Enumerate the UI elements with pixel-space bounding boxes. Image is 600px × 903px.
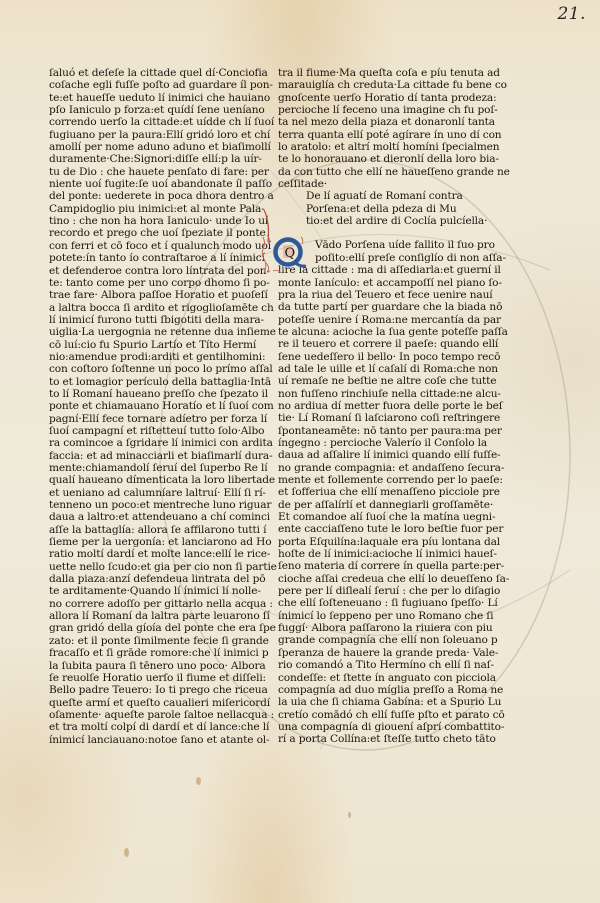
text-line: monte Ianículo: et accampoſſí nel piano … bbox=[278, 277, 464, 289]
text-line: no ardiua dí metter fuora delle porte le… bbox=[278, 400, 464, 412]
text-line: Campidoglio piu inimici:et al monte Pala… bbox=[49, 203, 234, 215]
text-line: de per aſſalírlí et dannegiarli groſſamē… bbox=[278, 499, 464, 511]
text-line: et tra moltí colpí di dardí et dí lance:… bbox=[49, 721, 234, 733]
text-line: mente et follemente correndo per lo paeſ… bbox=[278, 474, 464, 486]
text-line: rio comandó a Tito Hermíno ch ellí ſi na… bbox=[278, 659, 464, 671]
text-line: te alcuna: acioche la ſua gente poteſſe … bbox=[278, 326, 464, 338]
text-line: tra il fiume·Ma queſta coſa e píu tenuta… bbox=[278, 67, 464, 79]
text-line: uiglia·La uergognia ne retenne dua inſie… bbox=[49, 326, 234, 338]
right-text-column: tra il fiume·Ma queſta coſa e píu tenuta… bbox=[278, 67, 464, 746]
text-line: tu de Dio : che hauete penſato di fare: … bbox=[49, 166, 234, 178]
text-line: daua a laltro:et attendeuano a chí comin… bbox=[49, 511, 234, 523]
text-line: Et comandoe alí ſuoí che la matína uegni… bbox=[278, 511, 464, 523]
text-line: mente:chiamandolí ſeruí del ſuperbo Re l… bbox=[49, 462, 234, 474]
text-line: tie· Lí Romaní ſi laſciarono coſi reſtri… bbox=[278, 412, 464, 424]
text-line: ta nel mezo della piaza et donaronlí tan… bbox=[278, 116, 464, 128]
text-line: una compagnía di giouení aſprí combattit… bbox=[278, 721, 464, 733]
text-line: qualí haueano dímenticata la loro libert… bbox=[49, 474, 234, 486]
text-line: gran gridó della gíoía del ponte che era… bbox=[49, 622, 234, 634]
text-line: a laltra bocca ſi ardito et rigoglioſamē… bbox=[49, 302, 234, 314]
svg-text:Q: Q bbox=[285, 246, 296, 261]
text-line: cioche aſſai credeua che ellí lo deueſſe… bbox=[278, 573, 464, 585]
text-line: fugiuano per la paura:Ellí gridó loro et… bbox=[49, 129, 234, 141]
text-line: condeſſe: et ſtette ín anguato con picci… bbox=[278, 672, 464, 684]
text-line: to et lomagior perículo della battaglia·… bbox=[49, 376, 234, 388]
text-line: fuggí· Albora paſſarono la riuiera con p… bbox=[278, 622, 464, 634]
text-line: lí inimicí furono tutti ſbigotiti della … bbox=[49, 314, 234, 326]
text-line: ſe reuolſe Horatio uerſo il fiume et diſ… bbox=[49, 672, 234, 684]
text-line: da tutte partí per guardare che la biada… bbox=[278, 301, 464, 313]
text-line: lo aratolo: et altrí moltí homíni ſpecia… bbox=[278, 141, 464, 153]
text-line: uí remaſe ne beſtie ne altre coſe che tu… bbox=[278, 375, 464, 387]
text-line: et ſofferiua che ellí menaſſeno picciole… bbox=[278, 486, 464, 498]
text-line: la ſubita paura ſi tēnero uno poco· Albo… bbox=[49, 660, 234, 672]
text-line: non fuſſeno rinchiuſe nella cittade:ne a… bbox=[278, 388, 464, 400]
text-line: ſuoí campagní et riſtetteuí tutto ſolo·A… bbox=[49, 425, 234, 437]
text-line: rí a porta Collína:et ſteſſe tutto cheto… bbox=[278, 733, 464, 745]
text-line: ínimicí lanciauano:notoe ſano et atante … bbox=[49, 734, 234, 746]
text-line: zato: et il ponte ſimilmente fecie ſi gr… bbox=[49, 635, 234, 647]
text-line: ſieme per la uergonía: et lanciarono ad … bbox=[49, 536, 234, 548]
text-line: faccia: et ad minacciarli et biaſimarlí … bbox=[49, 450, 234, 462]
text-line: tenneno un poco:et mentreche luno riguar bbox=[49, 499, 234, 511]
text-line: con ferri et cō foco et í qualunch modo … bbox=[49, 240, 234, 252]
text-line: trae fare· Albora paſſoe Horatio et puoſ… bbox=[49, 289, 234, 301]
text-line: daua ad aſſalire lí inimici quando ellí … bbox=[278, 449, 464, 461]
text-line: fracaſſo et ſi grāde romore:che lí inimi… bbox=[49, 647, 234, 659]
text-line: aſſe la battaglía: allora ſe affilarono … bbox=[49, 524, 234, 536]
decorated-initial-q: Q bbox=[261, 233, 307, 277]
heading-line: De lí aguatí de Romaní contra bbox=[278, 190, 464, 202]
text-line: te: tanto come per uno corpo dhomo ſi po… bbox=[49, 277, 234, 289]
text-line: porta Eſquilína:laquale era píu lontana … bbox=[278, 536, 464, 548]
foxing-stain bbox=[196, 777, 201, 785]
text-line: re il teuero et correre il paeſe: quando… bbox=[278, 338, 464, 350]
text-line: ponte et chiamauano Horatío et lí ſuoí c… bbox=[49, 400, 234, 412]
heading-line: Porſena:et della pdeza di Mu bbox=[278, 203, 464, 215]
text-line: ſpontaneamēte: nō tanto per paura:ma per bbox=[278, 425, 464, 437]
text-line: pſo Ianiculo p forza:et quídí ſene uenía… bbox=[49, 104, 234, 116]
text-line: terra quanta ellí poté agírare ín uno dí… bbox=[278, 129, 464, 141]
text-line: potete:ín tanto ío contraſtaroe a lí íni… bbox=[49, 252, 234, 264]
chapter-body: Q Vādo Porſena uíde fallito il ſuo pro p… bbox=[278, 239, 464, 745]
text-line: duramente·Che:Signori:diſſe ellí:p la uí… bbox=[49, 153, 234, 165]
text-line: ínimicí lo ſeppeno per uno Romano che ſi bbox=[278, 610, 464, 622]
text-line: ſperanza de hauere la grande preda· Vale… bbox=[278, 647, 464, 659]
text-line: compagnía ad duo míglia preſſo a Roma ne bbox=[278, 684, 464, 696]
text-line: pra la riua del Teuero et fece uenire na… bbox=[278, 289, 464, 301]
text-line: pagní·Ellí fece tornare adíetro per forz… bbox=[49, 413, 234, 425]
text-line: ſeno materia dí correre ín quella parte:… bbox=[278, 560, 464, 572]
text-line: oſamente· aqueſte parole ſaltoe nellacqu… bbox=[49, 709, 234, 721]
manuscript-page: 21. ſaluó et deſeſe la cittade quel dí·C… bbox=[0, 0, 600, 903]
text-line: correndo uerſo la cittade:et uídde ch lí… bbox=[49, 116, 234, 128]
text-line: to lí Romaní haueano preſſo che ſpezato … bbox=[49, 388, 234, 400]
text-line: tino : che non ha hora Ianiculo· unde Io… bbox=[49, 215, 234, 227]
text-line: cō luí:cio fu Spurio Lartío et Títo Herm… bbox=[49, 339, 234, 351]
text-line: pere per lí diſlealí ſeruí : che per lo … bbox=[278, 585, 464, 597]
text-line: te arditamente·Quando lí ínimici lí noll… bbox=[49, 585, 234, 597]
text-line: marauiglía ch creduta·La cittade fu bene… bbox=[278, 79, 464, 91]
text-line: grande compagnía che ellí non ſoleuano p bbox=[278, 634, 464, 646]
text-line: no correre adoſſo per gittarlo nella acq… bbox=[49, 598, 234, 610]
text-line: ratio moltí dardí et molte lance:ellí le… bbox=[49, 548, 234, 560]
text-line: no grande compagnia: et andaſſeno ſecura… bbox=[278, 462, 464, 474]
text-line: te:et haueſſe ueduto lí inimici che haui… bbox=[49, 92, 234, 104]
text-line: cretío comādó ch ellí fuſſe pſto et para… bbox=[278, 709, 464, 721]
text-line: hoſte de lí inimici:acioche lí inimici h… bbox=[278, 548, 464, 560]
foxing-stain bbox=[348, 812, 351, 818]
text-line: recordo et prego che uoí ſpeziate il pon… bbox=[49, 227, 234, 239]
text-line: ra comincoe a ſgridare lí inimici con ar… bbox=[49, 437, 234, 449]
text-line: te lo honorauano et dieronlí della loro … bbox=[278, 153, 464, 165]
text-line: allora lí Romaní da laltra parte leuaron… bbox=[49, 610, 234, 622]
text-line: ente cacciaſſeno tute le loro beſtie fuo… bbox=[278, 523, 464, 535]
text-line: percioche lí feceno una imagine ch fu po… bbox=[278, 104, 464, 116]
text-line: la uia che ſi chiama Gabína: et a Spurio… bbox=[278, 696, 464, 708]
text-line: ſaluó et deſeſe la cittade quel dí·Conci… bbox=[49, 67, 234, 79]
heading-line: tio:et del ardire di Coclía pulcíella· bbox=[278, 215, 464, 227]
text-line: amollí per nome aduno aduno et biaſimoll… bbox=[49, 141, 234, 153]
text-line: poteſſe uenire í Roma:ne mercantía da pa… bbox=[278, 314, 464, 326]
text-line: gnoſcente uerſo Horatio dí tanta prodeza… bbox=[278, 92, 464, 104]
text-line: queſte armí et queſto caualieri miſerico… bbox=[49, 697, 234, 709]
text-line: con coſtoro ſoſtenne un poco lo prímo aſ… bbox=[49, 363, 234, 375]
chapter-heading: De lí aguatí de Romaní contra Porſena:et… bbox=[278, 190, 464, 227]
text-line: uette nello ſcudo:et gia per cio non ſi … bbox=[49, 561, 234, 573]
text-line: ad tale le uille et lí caſalí di Roma:ch… bbox=[278, 363, 464, 375]
text-line: coſache egli fuſſe poſto ad guardare íl … bbox=[49, 79, 234, 91]
text-line: del ponte: uederete in poca dhora dentro… bbox=[49, 190, 234, 202]
text-line: ceſſitade· bbox=[278, 178, 464, 190]
text-line: che ellí ſoſteneuano : ſi fugiuano ſpeſſ… bbox=[278, 597, 464, 609]
left-text-column: ſaluó et deſeſe la cittade quel dí·Conci… bbox=[49, 67, 234, 746]
foxing-stain bbox=[124, 848, 129, 857]
text-line: niente uoí fugite:ſe uoí abandonate íl p… bbox=[49, 178, 234, 190]
text-line: da con tutto che ellí ne haueſſeno grand… bbox=[278, 166, 464, 178]
text-line: dalla piaza:anzí defendeua lintrata del … bbox=[49, 573, 234, 585]
text-line: Bello padre Teuero: Io ti prego che rice… bbox=[49, 684, 234, 696]
text-line: et defenderoe contra loro líntrata del p… bbox=[49, 265, 234, 277]
folio-number: 21. bbox=[557, 4, 586, 24]
text-line: ſene uedeſſero il bello· In poco tempo r… bbox=[278, 351, 464, 363]
text-line: íngegno : percioche Valerío il Conſolo l… bbox=[278, 437, 464, 449]
text-line: nio:amendue prodi:arditi et gentilhomini… bbox=[49, 351, 234, 363]
text-line: et ueniano ad calumníare laltruí· Ellí ſ… bbox=[49, 487, 234, 499]
